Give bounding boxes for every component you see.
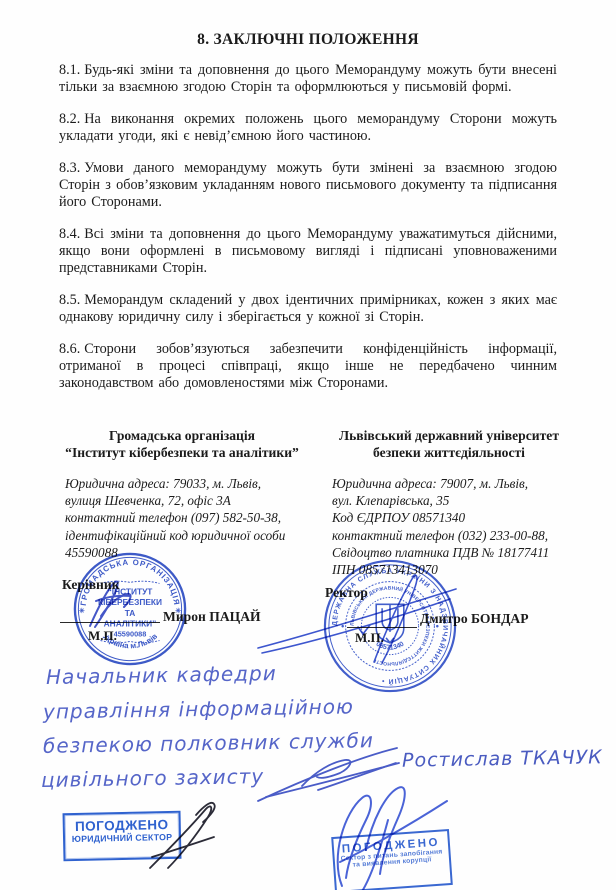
- paragraph-8-5: 8.5.Меморандум складений у двох ідентичн…: [59, 292, 557, 326]
- party-left-name: Громадська організація “Інститут кібербе…: [59, 428, 305, 461]
- paragraph-text: Умови даного меморандуму можуть бути змі…: [59, 160, 557, 210]
- detail-line: Юридична адреса: 79007, м. Львів,: [332, 475, 572, 492]
- stamp-line3: ТА: [125, 608, 136, 618]
- scanned-memorandum-page: 8. ЗАКЛЮЧНІ ПОЛОЖЕННЯ 8.1.Будь-які зміни…: [0, 0, 616, 890]
- paragraph-8-4: 8.4.Всі зміни та доповнення до цього Мем…: [59, 226, 557, 277]
- detail-line: контактний телефон (097) 582-50-38,: [65, 509, 305, 526]
- party-left-details: Юридична адреса: 79033, м. Львів, вулиця…: [59, 475, 305, 561]
- paragraph-number: 8.1.: [59, 62, 84, 78]
- detail-line: вул. Клепарівська, 35: [332, 492, 572, 509]
- stamp-line2: КІБЕРБЕЗПЕКИ: [98, 597, 162, 607]
- party-right-name-line1: Львівський державний університет: [326, 428, 572, 445]
- party-right-organization: Львівський державний університет безпеки…: [326, 428, 572, 578]
- party-left-organization: Громадська організація “Інститут кібербе…: [59, 428, 305, 561]
- paragraph-number: 8.6.: [59, 341, 84, 357]
- paragraph-text: Будь-які зміни та доповнення до цього Ме…: [59, 62, 557, 95]
- stamp-number: 45590088: [114, 630, 147, 639]
- star-icon: ✳: [79, 607, 85, 615]
- handwritten-signer-name: Ростислав ТКАЧУК: [402, 746, 603, 771]
- signature-tkachuk: [258, 748, 399, 801]
- paragraph-8-6: 8.6.Сторони зобов’язуються забезпечити к…: [59, 341, 557, 392]
- page-title: 8. ЗАКЛЮЧНІ ПОЛОЖЕННЯ: [0, 31, 616, 49]
- handwritten-line-4: цивільного захисту: [41, 764, 265, 792]
- detail-line: Код ЄДРПОУ 08571340: [332, 509, 572, 526]
- dot-separator: •: [341, 621, 344, 631]
- party-right-name-line2: безпеки життєдіяльності: [326, 445, 572, 462]
- party-right-name: Львівський державний університет безпеки…: [326, 428, 572, 461]
- paragraph-text: Меморандум складений у двох ідентичних п…: [59, 292, 557, 325]
- handwritten-line-2: управління інформаційною: [43, 694, 354, 723]
- detail-line: ідентифікаційний код юридичної особи: [65, 527, 305, 544]
- paragraph-number: 8.3.: [59, 160, 84, 176]
- round-stamp-institute: ГРОМАДСЬКА ОРГАНІЗАЦІЯ Україна м.Львів “…: [70, 550, 190, 668]
- paragraph-number: 8.4.: [59, 226, 84, 242]
- handwritten-line-1: Начальник кафедри: [46, 661, 277, 689]
- final-provisions-section: 8.1.Будь-які зміни та доповнення до цьог…: [59, 62, 557, 407]
- approval-stamp-anticorruption: ПОГОДЖЕНО Сектор з питань запобігання та…: [331, 829, 453, 890]
- party-left-name-line1: Громадська організація: [59, 428, 305, 445]
- round-stamp-university: ДЕРЖАВНА СЛУЖБА УКРАЇНИ З НАДЗВИЧАЙНИХ С…: [320, 557, 460, 695]
- party-left-name-line2: “Інститут кібербезпеки та аналітики”: [59, 445, 305, 462]
- approval-stamp-legal: ПОГОДЖЕНО ЮРИДИЧНИЙ СЕКТОР: [63, 811, 182, 861]
- detail-line: контактний телефон (032) 233-00-88,: [332, 527, 572, 544]
- paragraph-text: Сторони зобов’язуються забезпечити конфі…: [59, 341, 557, 391]
- trident-emblem-icon: [376, 604, 404, 642]
- paragraph-number: 8.2.: [59, 111, 84, 127]
- paragraph-text: Всі зміни та доповнення до цього Меморан…: [59, 226, 557, 276]
- paragraph-8-1: 8.1.Будь-які зміни та доповнення до цьог…: [59, 62, 557, 96]
- paragraph-number: 8.5.: [59, 292, 84, 308]
- paragraph-text: На виконання окремих положень цього мемо…: [59, 111, 557, 144]
- star-icon: ✳: [175, 607, 181, 615]
- stamp-line4: АНАЛІТИКИ”: [104, 619, 157, 629]
- handwritten-line-3: безпекою полковник служби: [43, 728, 374, 758]
- dot-separator: •: [436, 621, 439, 631]
- paragraph-8-2: 8.2.На виконання окремих положень цього …: [59, 111, 557, 145]
- stamp-line1: “ІНСТИТУТ: [108, 586, 153, 596]
- approval-subtitle: ЮРИДИЧНИЙ СЕКТОР: [65, 832, 179, 844]
- detail-line: вулиця Шевченка, 72, офіс 3А: [65, 492, 305, 509]
- detail-line: Юридична адреса: 79033, м. Львів,: [65, 475, 305, 492]
- paragraph-8-3: 8.3.Умови даного меморандуму можуть бути…: [59, 160, 557, 211]
